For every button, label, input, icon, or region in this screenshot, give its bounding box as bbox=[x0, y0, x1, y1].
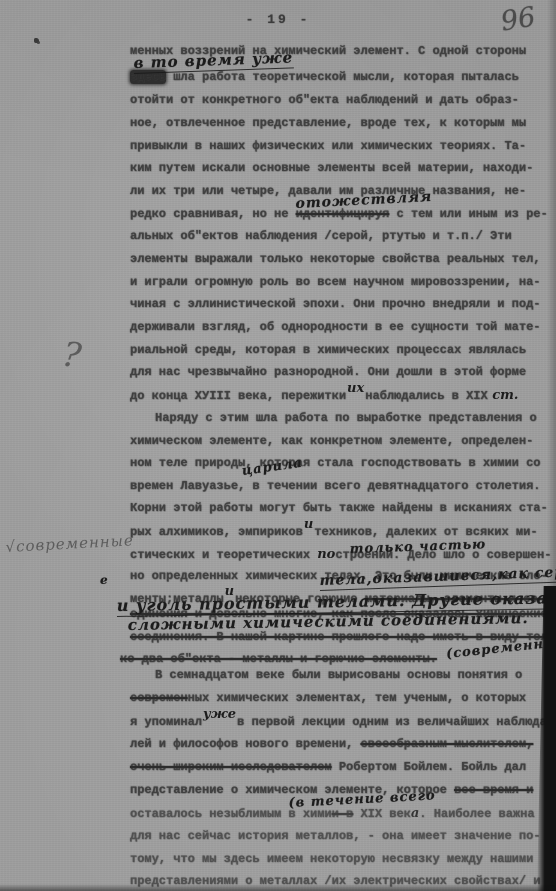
struck-text: ко два об"екта - металлы и горючие элеме… bbox=[120, 652, 437, 666]
typed-text: отойти от конкретного об"екта наблюдений… bbox=[130, 93, 519, 107]
struck-text: и в bbox=[332, 807, 354, 821]
typed-text: лей и философов нового времени, bbox=[130, 737, 360, 751]
typed-text: редко сравнивая, но не bbox=[130, 207, 296, 221]
typed-line: современных химических элементах, тем уч… bbox=[130, 691, 526, 705]
scanned-document-page: - 19 - 96 менных воззрений на химический… bbox=[0, 0, 556, 891]
typed-text: для нас сейчас история металлов, - она и… bbox=[130, 829, 540, 843]
typed-text: XIX век bbox=[353, 807, 411, 821]
bottom-edge-shading bbox=[0, 884, 556, 891]
typed-text: привыкли в наших физических или химическ… bbox=[130, 139, 526, 153]
typed-text: держивали взгляд, об однородности в ее с… bbox=[130, 320, 540, 334]
typed-text: ных химических элементах, тем ученым, о … bbox=[188, 691, 526, 705]
typed-line: В семнадцатом веке были вырисованы основ… bbox=[155, 668, 522, 682]
struck-text: современ bbox=[130, 691, 188, 705]
typed-line: альных об"ектов наблюдения /серой, ртуть… bbox=[130, 229, 512, 243]
typed-text: риальной среды, которая в химических про… bbox=[130, 343, 526, 357]
typed-text: я упоминал bbox=[130, 715, 202, 729]
page-number: - 19 - bbox=[0, 12, 556, 27]
typed-text: альных об"ектов наблюдения /серой, ртуть… bbox=[130, 229, 512, 243]
typed-line: ное, отвлеченное представление, вроде те… bbox=[130, 116, 526, 130]
folio-number: 96 bbox=[499, 2, 538, 38]
typed-line: ким путем искали основные элементы всей … bbox=[130, 161, 533, 175]
struck-text: все время и bbox=[454, 783, 533, 797]
right-edge-shading bbox=[547, 0, 556, 600]
typed-line: элементы выражали только некоторые свойс… bbox=[130, 252, 540, 266]
struck-text: своеобразным мыслителем, bbox=[360, 737, 533, 751]
typed-line: держивали взгляд, об однородности в ее с… bbox=[130, 320, 540, 334]
typed-line: для нас чрезвычайно разнородной. Они дош… bbox=[130, 365, 526, 379]
typed-line: я упоминалужев первой лекции одним из ве… bbox=[130, 714, 556, 729]
typed-text: до конца ХУІІІ века, пережитки bbox=[130, 389, 346, 403]
typed-line: Корни этой работы могут быть также найде… bbox=[130, 501, 548, 515]
struck-text: очень широким исследователем bbox=[130, 760, 332, 774]
typed-text: шла работа теоретической мысли, которая … bbox=[166, 70, 519, 84]
typed-text: ное, отвлеченное представление, вроде те… bbox=[130, 116, 526, 130]
typed-line: химическом элементе, как конкретном элем… bbox=[130, 434, 533, 448]
handwritten-insert: уже bbox=[203, 707, 236, 722]
typed-line: стических и теоретических построений. Де… bbox=[130, 547, 551, 562]
typed-text: рых алхимиков, эмпириков bbox=[130, 525, 303, 539]
handwritten-annotation: ? bbox=[60, 334, 85, 376]
typed-text: Робертом Бойлем. Бойль дал bbox=[332, 760, 526, 774]
typed-line: отойти от конкретного об"екта наблюдений… bbox=[130, 93, 519, 107]
typed-text: элементы выражали только некоторые свойс… bbox=[130, 252, 540, 266]
typed-line: лей и философов нового времени, своеобра… bbox=[130, 737, 533, 751]
typed-text: с тем или иным из ре- bbox=[389, 207, 547, 221]
typed-line: Наряду с этим шла работа по выработке пр… bbox=[155, 411, 537, 425]
handwritten-insert: ст. bbox=[488, 388, 519, 403]
handwritten-insert: их bbox=[347, 381, 364, 396]
typed-text: . Наиболее важна bbox=[419, 807, 534, 821]
typed-text: для нас чрезвычайно разнородной. Они дош… bbox=[130, 365, 526, 379]
typed-text: времен Лавуазье, в течении всего девятна… bbox=[130, 479, 540, 493]
typed-text: тому, что мы здесь имеем некоторую несвя… bbox=[130, 852, 533, 866]
typed-text: Корни этой работы могут быть также найде… bbox=[130, 501, 548, 515]
typed-text: наблюдались в XIX bbox=[365, 389, 487, 403]
handwritten-annotation: √современные bbox=[5, 531, 134, 556]
typed-line: ко два об"екта - металлы и горючие элеме… bbox=[120, 652, 437, 666]
typed-text: Наряду с этим шла работа по выработке пр… bbox=[155, 411, 537, 425]
typed-text: чиная с эллинистической эпохи. Они прочн… bbox=[130, 297, 540, 311]
typed-line: до конца ХУІІІ века, пережиткиихнаблюдал… bbox=[130, 388, 518, 403]
typed-line: для нас сейчас история металлов, - она и… bbox=[130, 829, 540, 843]
typed-text: химическом элементе, как конкретном элем… bbox=[130, 434, 533, 448]
typed-text: ном теле природы, которая стала господст… bbox=[130, 456, 540, 470]
typed-line: тому, что мы здесь имеем некоторую несвя… bbox=[130, 852, 533, 866]
typed-line: привыкли в наших физических или химическ… bbox=[130, 139, 526, 153]
handwritten-insert: по bbox=[317, 547, 335, 562]
typed-line: чиная с эллинистической эпохи. Они прочн… bbox=[130, 297, 540, 311]
typed-text: техников, далеких от всяких ми- bbox=[314, 525, 537, 539]
typed-text: ким путем искали основные элементы всей … bbox=[130, 161, 533, 175]
typed-text: В семнадцатом веке были вырисованы основ… bbox=[155, 668, 522, 682]
ink-speck bbox=[34, 38, 39, 43]
typed-line: времен Лавуазье, в течении всего девятна… bbox=[130, 479, 540, 493]
typed-line: очень широким исследователем Робертом Бо… bbox=[130, 760, 526, 774]
handwritten-annotation: е bbox=[100, 573, 109, 587]
typed-text: в первой лекции одним из величайших набл… bbox=[237, 715, 556, 729]
typed-line: ном теле природы, которая стала господст… bbox=[130, 456, 540, 470]
typed-line: и играли огромную роль во всем научном м… bbox=[130, 275, 540, 289]
typed-line: риальной среды, которая в химических про… bbox=[130, 343, 526, 357]
typed-text: и играли огромную роль во всем научном м… bbox=[130, 275, 540, 289]
handwritten-insert: и bbox=[304, 517, 313, 532]
typed-text: стических и теоретических bbox=[130, 548, 317, 562]
